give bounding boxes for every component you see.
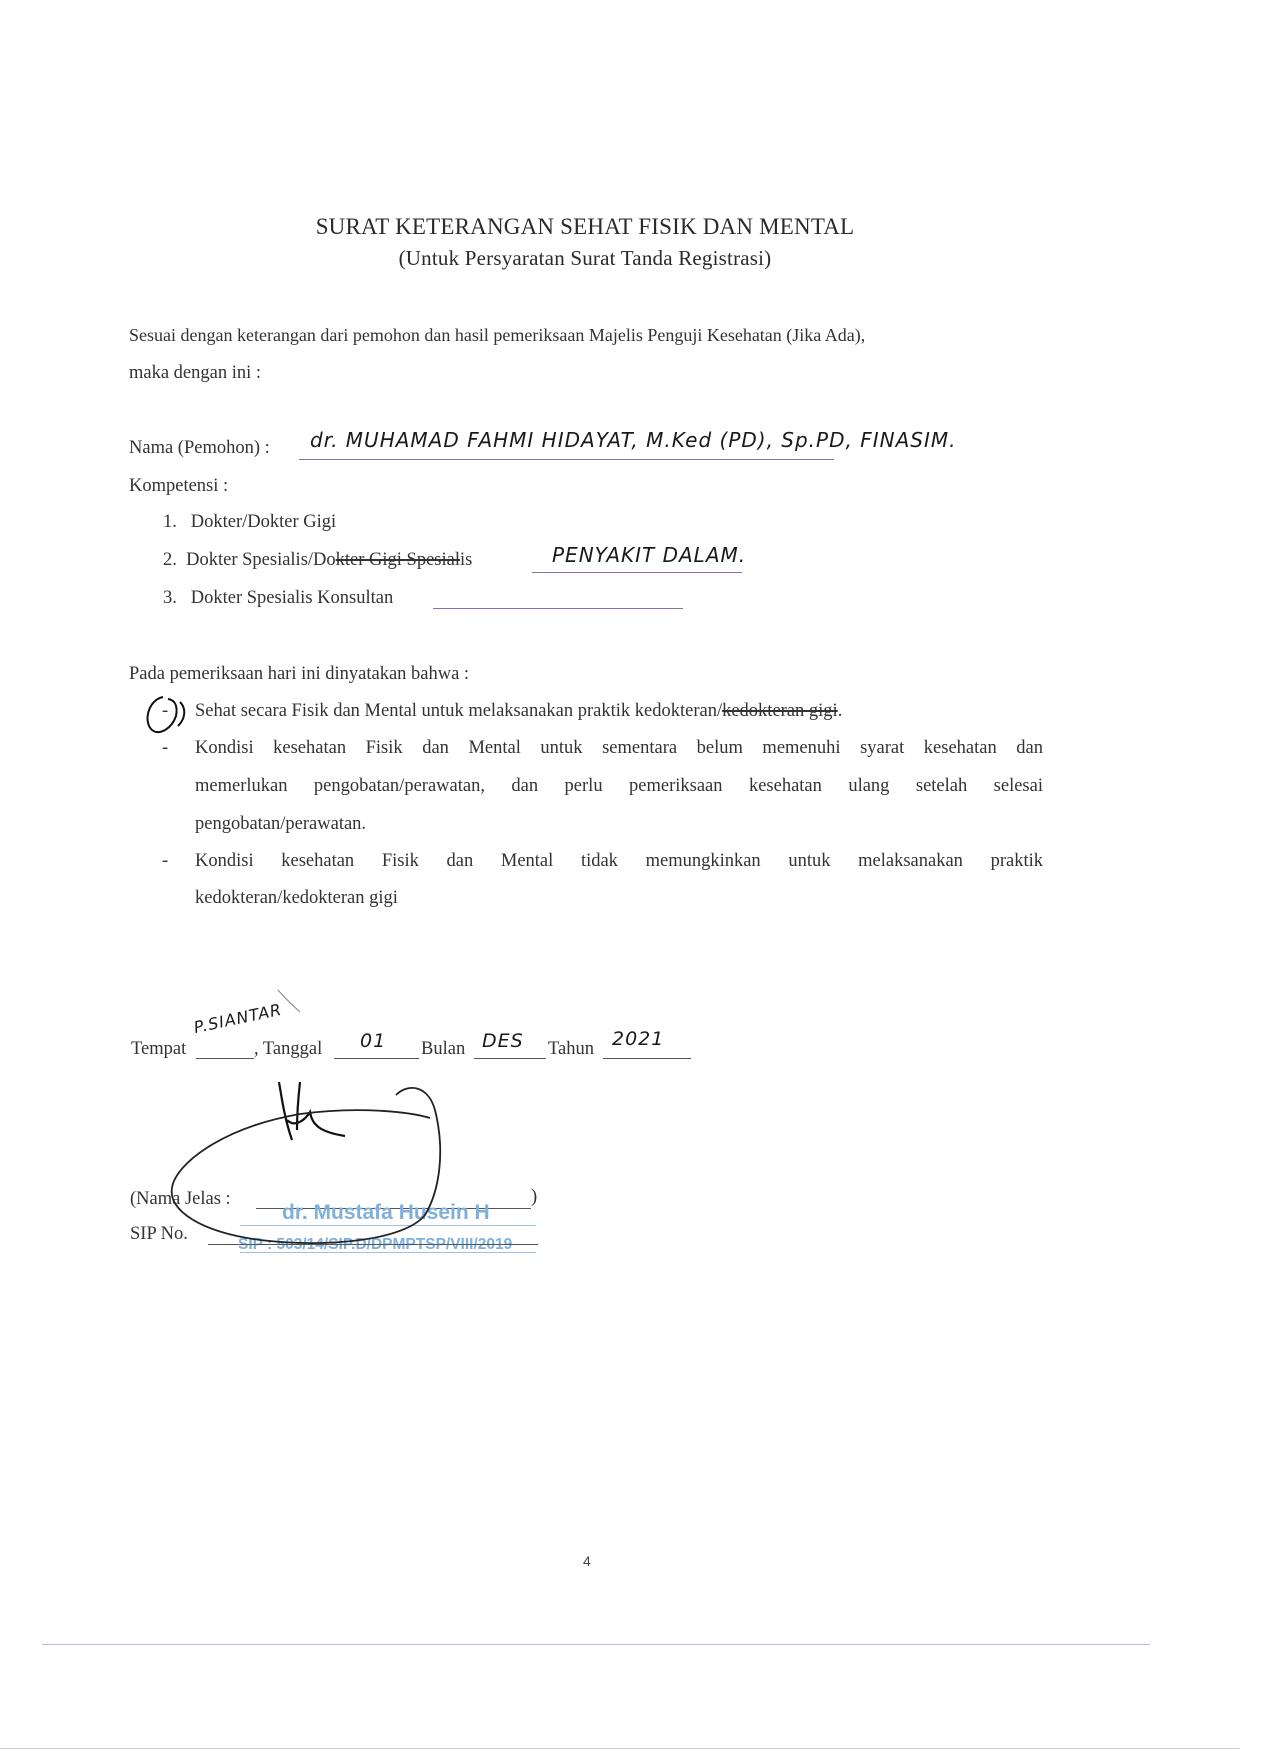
intro-line-1: Sesuai dengan keterangan dari pemohon da… bbox=[129, 325, 1042, 346]
document-title: SURAT KETERANGAN SEHAT FISIK DAN MENTAL bbox=[0, 214, 1170, 240]
scan-edge-line bbox=[0, 1748, 1240, 1749]
stamp-divider bbox=[240, 1225, 536, 1226]
competency-text: Dokter Spesialis/Do bbox=[186, 550, 336, 570]
date-underline bbox=[334, 1058, 419, 1059]
applicant-name-value[interactable]: dr. MUHAMAD FAHMI HIDAYAT, M.Ked (PD), S… bbox=[310, 428, 956, 452]
applicant-name-underline bbox=[299, 459, 834, 460]
option-2-bullet[interactable]: - bbox=[162, 738, 168, 759]
competency-label: Kompetensi : bbox=[129, 476, 228, 497]
competency-text: Dokter Spesialis Konsultan bbox=[191, 588, 393, 608]
applicant-name-label: Nama (Pemohon) : bbox=[129, 438, 270, 459]
examination-heading: Pada pemeriksaan hari ini dinyatakan bah… bbox=[129, 664, 469, 685]
document-subtitle: (Untuk Persyaratan Surat Tanda Registras… bbox=[0, 246, 1170, 271]
scan-artifact-line bbox=[42, 1644, 1150, 1645]
option-2-line-3: pengobatan/perawatan. bbox=[195, 814, 366, 835]
option-1-text: Sehat secara Fisik dan Mental untuk mela… bbox=[195, 701, 842, 722]
option-3-line-1: Kondisi kesehatan Fisik dan Mental tidak… bbox=[195, 851, 1043, 872]
specialist-underline bbox=[532, 572, 742, 573]
option-2-line-2: memerlukan pengobatan/perawatan, dan per… bbox=[195, 776, 1043, 797]
option-1-bullet[interactable]: - bbox=[162, 701, 168, 722]
competency-item-1: 1. Dokter/Dokter Gigi bbox=[163, 512, 336, 533]
competency-number: 1. bbox=[163, 512, 177, 532]
competency-item-2: 2. Dokter Spesialis/Dokter Gigi Spesiali… bbox=[163, 550, 472, 571]
competency-text: Dokter/Dokter Gigi bbox=[191, 512, 336, 532]
intro-line-2: maka dengan ini : bbox=[129, 363, 261, 384]
option-3-line-2: kedokteran/kedokteran gigi bbox=[195, 888, 398, 909]
place-label: Tempat bbox=[131, 1039, 186, 1060]
year-underline bbox=[603, 1058, 691, 1059]
option-1-struck: kedokteran gigi bbox=[722, 701, 838, 721]
competency-item-3: 3. Dokter Spesialis Konsultan bbox=[163, 588, 393, 609]
month-value[interactable]: DES bbox=[482, 1030, 524, 1052]
doctor-name-stamp: dr. Mustafa Husein H bbox=[282, 1201, 490, 1225]
competency-number: 2. bbox=[163, 550, 177, 570]
month-label: Bulan bbox=[421, 1039, 465, 1060]
signature-icon bbox=[279, 1082, 345, 1140]
place-value[interactable]: P.SIANTAR bbox=[192, 1000, 284, 1037]
option-2-line-1: Kondisi kesehatan Fisik dan Mental untuk… bbox=[195, 738, 1043, 759]
year-label: Tahun bbox=[548, 1039, 594, 1060]
sip-underline bbox=[208, 1244, 538, 1245]
option-3-bullet[interactable]: - bbox=[162, 851, 168, 872]
page-number: 4 bbox=[583, 1553, 591, 1569]
month-underline bbox=[474, 1058, 546, 1059]
specialist-value[interactable]: PENYAKIT DALAM. bbox=[552, 543, 746, 567]
competency-struck-text: kter Gigi Spesial bbox=[336, 550, 460, 570]
competency-text-suffix: is bbox=[460, 550, 472, 570]
clear-name-label: (Nama Jelas : bbox=[130, 1189, 231, 1210]
clear-name-close: ) bbox=[531, 1187, 537, 1208]
option-1-period: . bbox=[838, 701, 843, 721]
sip-label: SIP No. bbox=[130, 1224, 188, 1245]
option-1-label: Sehat secara Fisik dan Mental untuk mela… bbox=[195, 701, 722, 721]
place-underline bbox=[196, 1058, 254, 1059]
year-value[interactable]: 2021 bbox=[612, 1028, 664, 1050]
consultant-underline bbox=[433, 608, 683, 609]
date-value[interactable]: 01 bbox=[360, 1030, 386, 1052]
date-label: , Tanggal bbox=[254, 1039, 322, 1060]
stamp-underline bbox=[240, 1252, 536, 1253]
competency-number: 3. bbox=[163, 588, 177, 608]
